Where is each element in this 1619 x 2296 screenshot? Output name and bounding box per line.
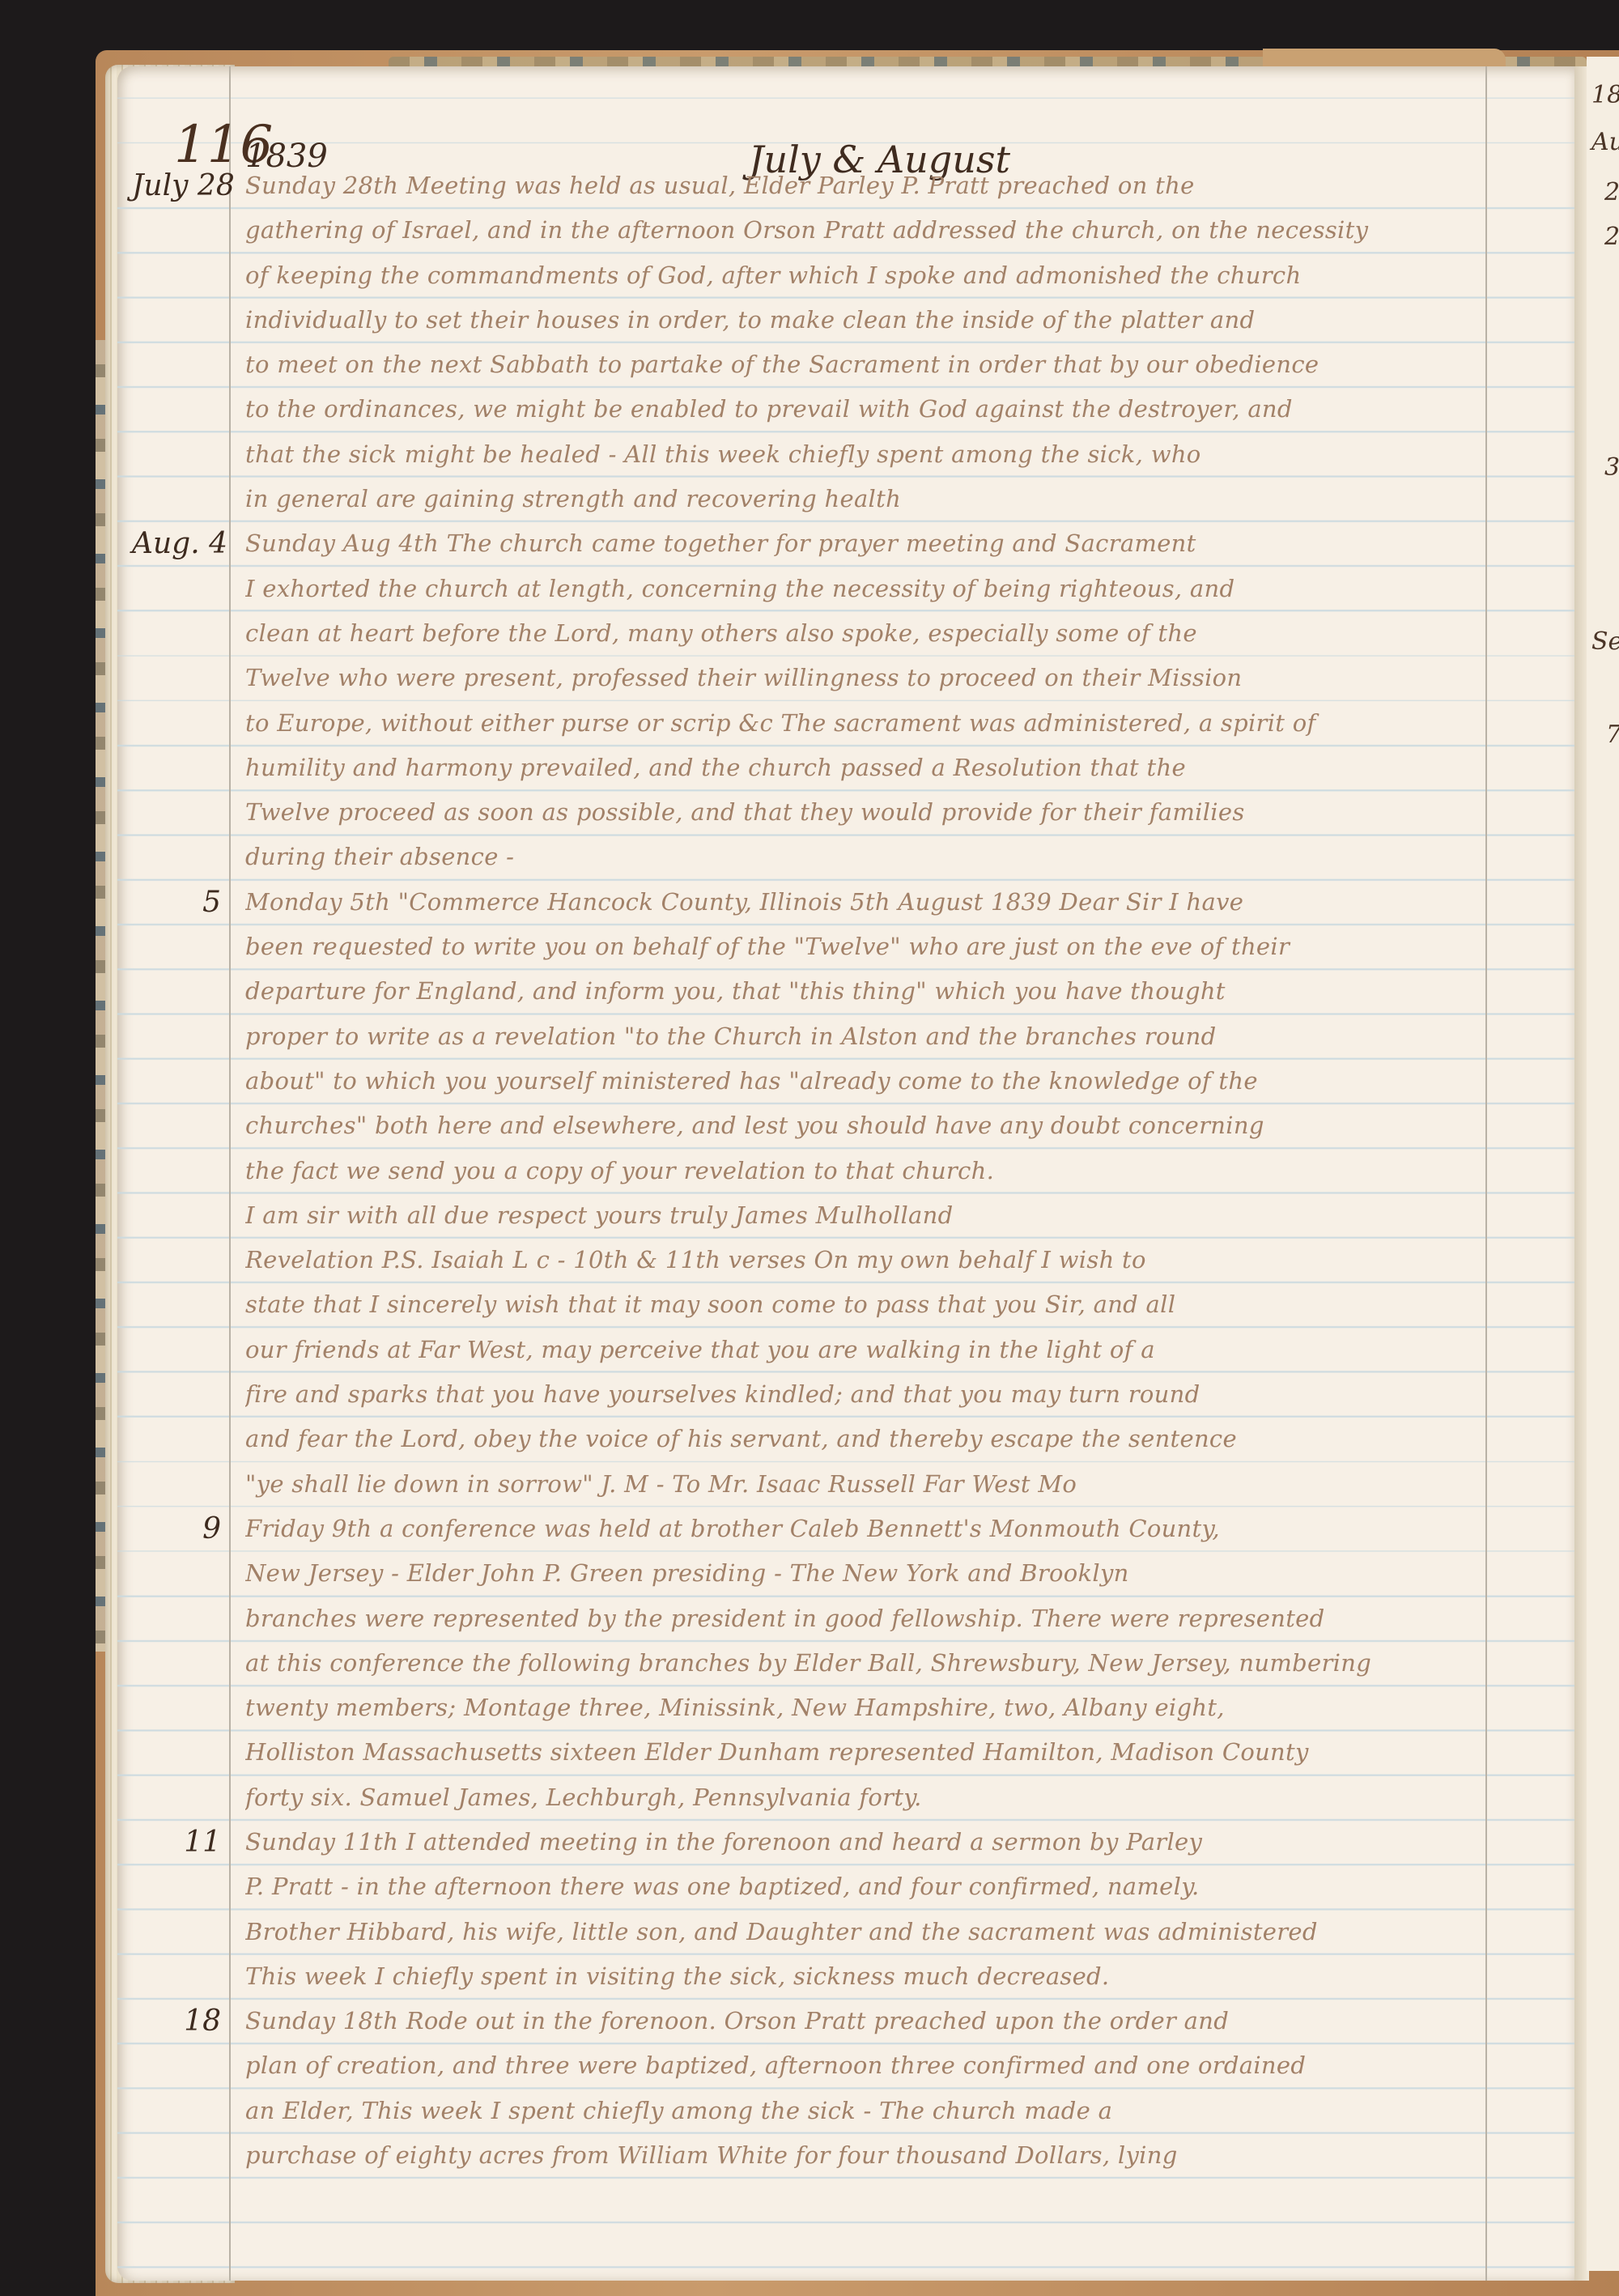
facing-month: Sept [1591, 627, 1619, 656]
line-text: the fact we send you a copy of your reve… [245, 1149, 1484, 1193]
journal-line: Holliston Massachusetts sixteen Elder Du… [117, 1730, 1574, 1775]
line-text: I am sir with all due respect yours trul… [245, 1193, 1484, 1238]
facing-date: 3 [1604, 453, 1619, 482]
line-text: forty six. Samuel James, Lechburgh, Penn… [245, 1775, 1484, 1820]
line-text: to the ordinances, we might be enabled t… [245, 387, 1484, 432]
journal-line: churches" both here and elsewhere, and l… [117, 1103, 1574, 1148]
journal-line: Brother Hibbard, his wife, little son, a… [117, 1910, 1574, 1954]
line-text: Friday 9th a conference was held at brot… [245, 1507, 1484, 1551]
facing-page-edge: 183 Aug 2 2 3 Sept 7 [1587, 57, 1619, 2271]
line-text: Holliston Massachusetts sixteen Elder Du… [245, 1730, 1484, 1775]
journal-line: to Europe, without either purse or scrip… [117, 701, 1574, 746]
journal-line: twenty members; Montage three, Minissink… [117, 1686, 1574, 1730]
journal-line: 5Monday 5th "Commerce Hancock County, Il… [117, 880, 1574, 925]
line-text: proper to write as a revelation "to the … [245, 1014, 1484, 1059]
facing-date: 7 [1606, 721, 1619, 749]
journal-line: Twelve proceed as soon as possible, and … [117, 790, 1574, 835]
line-text: Sunday 18th Rode out in the forenoon. Or… [245, 1999, 1484, 2043]
manuscript-page: 116 1839 July & August July 28Sunday 28t… [117, 66, 1574, 2281]
journal-line: fire and sparks that you have yourselves… [117, 1372, 1574, 1417]
line-text: I exhorted the church at length, concern… [245, 567, 1484, 611]
journal-line: New Jersey - Elder John P. Green presidi… [117, 1551, 1574, 1596]
entry-margin-date: 9 [132, 1507, 221, 1551]
journal-line: humility and harmony prevailed, and the … [117, 746, 1574, 790]
journal-line: to the ordinances, we might be enabled t… [117, 387, 1574, 432]
entry-margin-date: 18 [132, 1999, 221, 2043]
line-text: "ye shall lie down in sorrow" J. M - To … [245, 1462, 1484, 1507]
entry-margin-date: July 28 [132, 164, 221, 208]
journal-line: forty six. Samuel James, Lechburgh, Penn… [117, 1775, 1574, 1820]
line-text: plan of creation, and three were baptize… [245, 2043, 1484, 2088]
journal-line: I exhorted the church at length, concern… [117, 567, 1574, 611]
line-text: Sunday 11th I attended meeting in the fo… [245, 1820, 1484, 1864]
journal-text: July 28Sunday 28th Meeting was held as u… [117, 164, 1574, 2178]
entry-margin-date: Aug. 4 [132, 521, 221, 566]
journal-line: departure for England, and inform you, t… [117, 969, 1574, 1014]
facing-date: 2 [1604, 223, 1619, 251]
journal-line: This week I chiefly spent in visiting th… [117, 1954, 1574, 1999]
line-text: to meet on the next Sabbath to partake o… [245, 342, 1484, 387]
journal-line: proper to write as a revelation "to the … [117, 1014, 1574, 1059]
journal-line: of keeping the commandments of God, afte… [117, 253, 1574, 298]
line-text: This week I chiefly spent in visiting th… [245, 1954, 1484, 1999]
journal-line: branches were represented by the preside… [117, 1597, 1574, 1641]
journal-line: individually to set their houses in orde… [117, 298, 1574, 342]
journal-line: purchase of eighty acres from William Wh… [117, 2133, 1574, 2178]
facing-month: Aug [1591, 128, 1619, 156]
journal-line: that the sick might be healed - All this… [117, 432, 1574, 477]
line-text: about" to which you yourself ministered … [245, 1059, 1484, 1103]
entry-margin-date: 11 [132, 1820, 221, 1864]
line-text: departure for England, and inform you, t… [245, 969, 1484, 1014]
journal-line: our friends at Far West, may perceive th… [117, 1328, 1574, 1372]
line-text: Monday 5th "Commerce Hancock County, Ill… [245, 880, 1484, 925]
line-text: Sunday 28th Meeting was held as usual, E… [245, 164, 1484, 208]
journal-line: Aug. 4Sunday Aug 4th The church came tog… [117, 521, 1574, 566]
journal-line: and fear the Lord, obey the voice of his… [117, 1417, 1574, 1461]
line-text: gathering of Israel, and in the afternoo… [245, 208, 1484, 253]
journal-line: clean at heart before the Lord, many oth… [117, 611, 1574, 656]
line-text: churches" both here and elsewhere, and l… [245, 1103, 1484, 1148]
journal-line: the fact we send you a copy of your reve… [117, 1149, 1574, 1193]
line-text: and fear the Lord, obey the voice of his… [245, 1417, 1484, 1461]
line-text: our friends at Far West, may perceive th… [245, 1328, 1484, 1372]
line-text: an Elder, This week I spent chiefly amon… [245, 2089, 1484, 2133]
line-text: clean at heart before the Lord, many oth… [245, 611, 1484, 656]
journal-line: been requested to write you on behalf of… [117, 925, 1574, 969]
line-text: at this conference the following branche… [245, 1641, 1484, 1686]
line-text: Sunday Aug 4th The church came together … [245, 521, 1484, 566]
journal-line: to meet on the next Sabbath to partake o… [117, 342, 1574, 387]
facing-year: 183 [1591, 81, 1619, 109]
line-text: of keeping the commandments of God, afte… [245, 253, 1484, 298]
line-text: individually to set their houses in orde… [245, 298, 1484, 342]
line-text: Twelve who were present, professed their… [245, 656, 1484, 700]
line-text: Revelation P.S. Isaiah L c - 10th & 11th… [245, 1238, 1484, 1282]
line-text: New Jersey - Elder John P. Green presidi… [245, 1551, 1484, 1596]
line-text: Brother Hibbard, his wife, little son, a… [245, 1910, 1484, 1954]
journal-line: 9Friday 9th a conference was held at bro… [117, 1507, 1574, 1551]
line-text: to Europe, without either purse or scrip… [245, 701, 1484, 746]
journal-line: Revelation P.S. Isaiah L c - 10th & 11th… [117, 1238, 1574, 1282]
journal-line: an Elder, This week I spent chiefly amon… [117, 2089, 1574, 2133]
journal-line: during their absence - [117, 835, 1574, 879]
line-text: been requested to write you on behalf of… [245, 925, 1484, 969]
line-text: twenty members; Montage three, Minissink… [245, 1686, 1484, 1730]
line-text: fire and sparks that you have yourselves… [245, 1372, 1484, 1417]
line-text: branches were represented by the preside… [245, 1597, 1484, 1641]
journal-line: 18Sunday 18th Rode out in the forenoon. … [117, 1999, 1574, 2043]
journal-line: July 28Sunday 28th Meeting was held as u… [117, 164, 1574, 208]
line-text: that the sick might be healed - All this… [245, 432, 1484, 477]
line-text: humility and harmony prevailed, and the … [245, 746, 1484, 790]
journal-line: "ye shall lie down in sorrow" J. M - To … [117, 1462, 1574, 1507]
line-text: state that I sincerely wish that it may … [245, 1282, 1484, 1327]
journal-line: Twelve who were present, professed their… [117, 656, 1574, 700]
journal-line: 11Sunday 11th I attended meeting in the … [117, 1820, 1574, 1864]
line-text: purchase of eighty acres from William Wh… [245, 2133, 1484, 2178]
line-text: during their absence - [245, 835, 1484, 879]
journal-line: plan of creation, and three were baptize… [117, 2043, 1574, 2088]
journal-line: P. Pratt - in the afternoon there was on… [117, 1864, 1574, 1909]
line-text: in general are gaining strength and reco… [245, 477, 1484, 521]
line-text: P. Pratt - in the afternoon there was on… [245, 1864, 1484, 1909]
journal-line: in general are gaining strength and reco… [117, 477, 1574, 521]
journal-line: at this conference the following branche… [117, 1641, 1574, 1686]
entry-margin-date: 5 [132, 880, 221, 925]
facing-date: 2 [1604, 178, 1619, 206]
journal-line: gathering of Israel, and in the afternoo… [117, 208, 1574, 253]
line-text: Twelve proceed as soon as possible, and … [245, 790, 1484, 835]
journal-line: about" to which you yourself ministered … [117, 1059, 1574, 1103]
journal-line: state that I sincerely wish that it may … [117, 1282, 1574, 1327]
journal-line: I am sir with all due respect yours trul… [117, 1193, 1574, 1238]
